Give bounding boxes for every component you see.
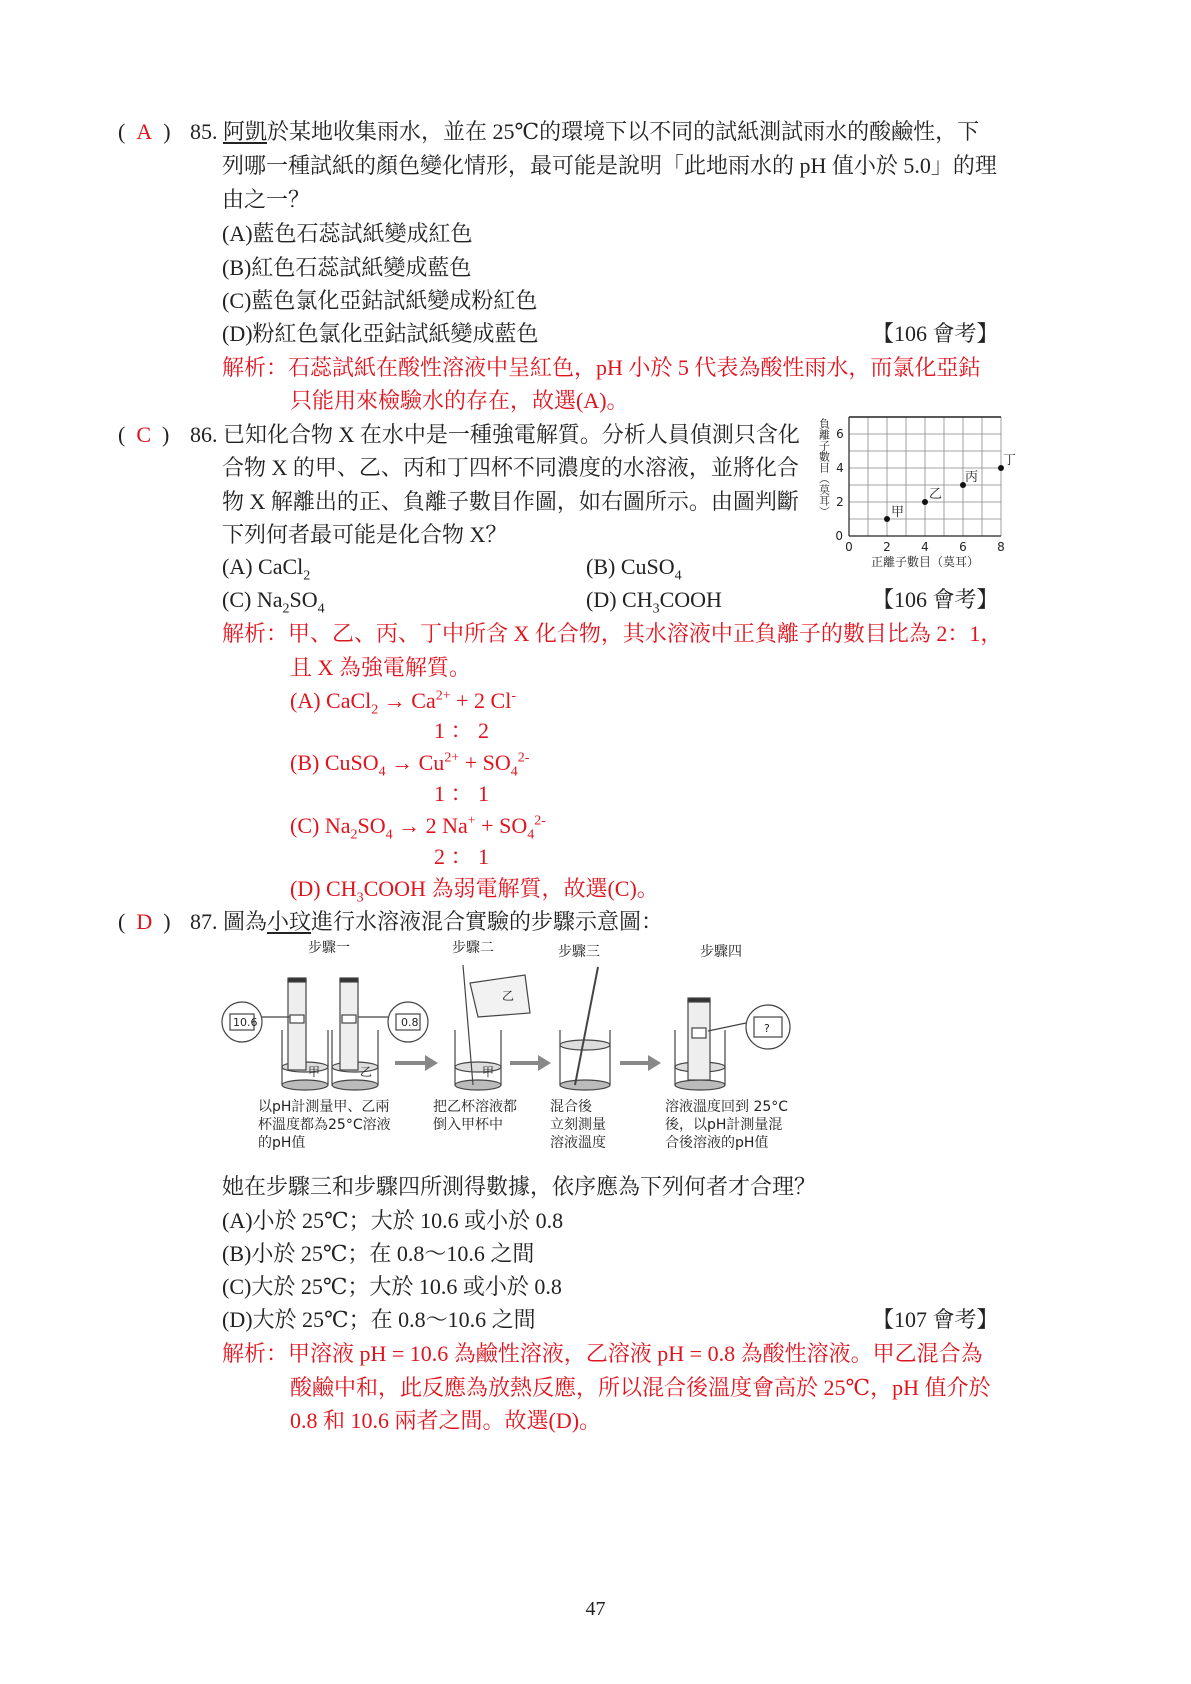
eq-a-1: (A) CaCl bbox=[290, 688, 371, 713]
reading-mixed: ? bbox=[764, 1022, 770, 1035]
q87-stem-post: 進行水溶液混合實驗的步驟示意圖： bbox=[311, 909, 663, 934]
q86-equation-b: (B) CuSO4 → Cu2+ + SO42- bbox=[290, 746, 529, 780]
q86-option-b: (B) CuSO4 bbox=[586, 550, 682, 584]
q86-analysis-line2: 且 X 為強電解質。 bbox=[290, 651, 471, 685]
svg-text:甲: 甲 bbox=[482, 1065, 494, 1079]
svg-text:8: 8 bbox=[997, 540, 1005, 554]
q86-analysis-line1: 解析：甲、乙、丙、丁中所含 X 化合物，其水溶液中正負離子的數目比為 2：1， bbox=[222, 617, 1002, 651]
svg-text:乙: 乙 bbox=[360, 1065, 372, 1079]
eq-c-sub1b: 4 bbox=[386, 827, 393, 842]
svg-text:2: 2 bbox=[836, 495, 844, 509]
eq-b-sub: 4 bbox=[379, 764, 386, 779]
svg-text:6: 6 bbox=[836, 427, 844, 441]
reading-jia: 10.6 bbox=[233, 1016, 258, 1029]
eq-b-1: (B) CuSO bbox=[290, 750, 379, 775]
q86-option-b-sub: 4 bbox=[675, 568, 682, 583]
q85-option-d: (D)粉紅色氯化亞鈷試紙變成藍色 bbox=[222, 317, 539, 351]
svg-text:6: 6 bbox=[959, 540, 967, 554]
q85-option-b: (B)紅色石蕊試紙變成藍色 bbox=[222, 251, 471, 285]
q85-source: 【106 會考】 bbox=[872, 317, 999, 351]
q85-stem-line2: 列哪一種試紙的顏色變化情形，最可能是說明「此地雨水的 pH 值小於 5.0」的理 bbox=[222, 149, 997, 183]
q86-scatter-chart: 0 2 4 6 0 2 4 6 8 正離子數目（莫耳） 負離子數目（莫耳） 甲 … bbox=[815, 412, 1015, 577]
step3-caption-l3: 溶液溫度 bbox=[550, 1134, 606, 1152]
svg-text:乙: 乙 bbox=[929, 487, 942, 502]
page-number: 47 bbox=[0, 1598, 1191, 1621]
q87-answer: D bbox=[136, 909, 152, 934]
eq-c-sup2: 2- bbox=[534, 814, 546, 829]
q85-analysis-line1: 解析：石蕊試紙在酸性溶液中呈紅色，pH 小於 5 代表為酸性雨水，而氯化亞鈷 bbox=[222, 351, 980, 385]
q87-answer-slot: ( D ) bbox=[118, 905, 171, 939]
q86-ratio-b: 1 ： 1 bbox=[434, 777, 489, 811]
q85-number: 85. bbox=[190, 119, 218, 144]
eq-c-1: (C) Na bbox=[290, 813, 350, 838]
step4-caption-l1: 溶液溫度回到 25°C bbox=[665, 1098, 788, 1116]
eq-d-sub: 3 bbox=[357, 890, 364, 905]
q87-source: 【107 會考】 bbox=[872, 1303, 999, 1337]
q87-option-c: (C)大於 25℃；大於 10.6 或小於 0.8 bbox=[222, 1270, 562, 1304]
q86-stem-line2: 合物 X 的甲、乙、丙和丁四杯不同濃度的水溶液，並將化合 bbox=[222, 451, 799, 485]
step2-caption-l2: 倒入甲杯中 bbox=[433, 1116, 517, 1134]
q86-ratio-a: 1 ： 2 bbox=[434, 714, 489, 748]
q86-equation-c: (C) Na2SO4 → 2 Na+ + SO42- bbox=[290, 809, 546, 843]
eq-d-1: (D) CH bbox=[290, 876, 357, 901]
q86-option-a: (A) CaCl2 bbox=[222, 550, 310, 584]
eq-c-sub2: 4 bbox=[527, 827, 534, 842]
step1-caption-l2: 杯溫度都為25°C溶液 bbox=[258, 1116, 391, 1134]
step1-caption-l3: 的pH值 bbox=[258, 1134, 391, 1152]
eq-a-sup2: - bbox=[511, 689, 516, 704]
q87-question: 她在步驟三和步驟四所測得數據，依序應為下列何者才合理？ bbox=[222, 1170, 816, 1204]
q87-analysis-line2: 酸鹼中和，此反應為放熱反應，所以混合後溫度會高於 25℃，pH 值介於 bbox=[290, 1371, 991, 1405]
q86-option-c-text2: SO bbox=[289, 587, 317, 612]
q87-number: 87. bbox=[190, 909, 218, 934]
svg-text:0: 0 bbox=[835, 529, 843, 543]
q86-ratio-c: 2 ： 1 bbox=[434, 840, 489, 874]
q86-option-c-sub2: 4 bbox=[318, 601, 325, 616]
q85-option-a: (A)藍色石蕊試紙變成紅色 bbox=[222, 217, 473, 251]
svg-text:甲: 甲 bbox=[308, 1065, 320, 1079]
q86-option-c: (C) Na2SO4 bbox=[222, 583, 325, 617]
q85-option-c: (C)藍色氯化亞鈷試紙變成粉紅色 bbox=[222, 284, 537, 318]
q85-person: 阿凱 bbox=[223, 119, 267, 144]
q87-option-a: (A)小於 25℃；大於 10.6 或小於 0.8 bbox=[222, 1204, 563, 1238]
q86-equation-d: (D) CH3COOH 為弱電解質，故選(C)。 bbox=[290, 872, 659, 906]
step3-caption: 混合後 立刻測量 溶液溫度 bbox=[550, 1098, 606, 1152]
experiment-illustration: 10.6 0.8 甲 乙 乙 甲 bbox=[220, 955, 820, 1115]
svg-text:正離子數目（莫耳）: 正離子數目（莫耳） bbox=[871, 554, 979, 569]
svg-text:4: 4 bbox=[921, 540, 929, 554]
q86-answer: C bbox=[136, 422, 151, 447]
eq-c-mid: SO bbox=[357, 813, 385, 838]
q86-equation-a: (A) CaCl2 → Ca2+ + 2 Cl- bbox=[290, 684, 516, 718]
q85-stem-line3: 由之一？ bbox=[222, 183, 310, 217]
step2-caption-l1: 把乙杯溶液都 bbox=[433, 1098, 517, 1116]
chart-grid bbox=[849, 417, 1001, 536]
q87-analysis-line1: 解析：甲溶液 pH = 10.6 為鹼性溶液，乙溶液 pH = 0.8 為酸性溶… bbox=[222, 1337, 983, 1371]
svg-text:丙: 丙 bbox=[965, 470, 978, 485]
q87-stem-pre: 圖為 bbox=[223, 909, 267, 934]
step1-caption-l1: 以pH計測量甲、乙兩 bbox=[258, 1098, 391, 1116]
q86-option-c-text1: (C) Na bbox=[222, 587, 282, 612]
q87-option-d: (D)大於 25℃；在 0.8～10.6 之間 bbox=[222, 1303, 536, 1337]
q87-person: 小玟 bbox=[267, 909, 311, 934]
eq-b-sup2: 2- bbox=[518, 751, 530, 766]
q87-stem: 87. 圖為小玟進行水溶液混合實驗的步驟示意圖： bbox=[190, 905, 663, 939]
step2-caption: 把乙杯溶液都 倒入甲杯中 bbox=[433, 1098, 517, 1134]
eq-a-3: + 2 Cl bbox=[451, 688, 512, 713]
svg-text:4: 4 bbox=[836, 461, 844, 475]
q85-answer-slot: ( A ) bbox=[118, 115, 171, 149]
svg-text:0: 0 bbox=[845, 540, 853, 554]
step4-caption-l2: 後，以pH計測量混 bbox=[665, 1116, 788, 1134]
q85-analysis-line2: 只能用來檢驗水的存在，故選(A)。 bbox=[290, 384, 629, 418]
q86-stem-text: 已知化合物 X 在水中是一種強電解質。分析人員偵測只含化 bbox=[223, 422, 800, 447]
reading-yi: 0.8 bbox=[401, 1016, 419, 1029]
q86-option-d-sub1: 3 bbox=[653, 601, 660, 616]
eq-b-sub2: 4 bbox=[511, 764, 518, 779]
svg-text:2: 2 bbox=[883, 540, 891, 554]
q86-stem-line3: 物 X 解離出的正、負離子數目作圖，如右圖所示。由圖判斷 bbox=[222, 485, 799, 519]
eq-a-sup1: 2+ bbox=[436, 689, 451, 704]
q86-option-d-text1: (D) CH bbox=[586, 587, 653, 612]
step3-caption-l2: 立刻測量 bbox=[550, 1116, 606, 1134]
eq-a-2: → Ca bbox=[378, 688, 435, 713]
q87-experiment-figure: 步驟一 步驟二 步驟三 步驟四 10 bbox=[220, 935, 820, 1160]
svg-text:負離子數目（莫耳）: 負離子數目（莫耳） bbox=[818, 417, 831, 517]
svg-text:甲: 甲 bbox=[891, 505, 904, 520]
q85-answer: A bbox=[136, 119, 152, 144]
q86-option-a-text: (A) CaCl bbox=[222, 554, 303, 579]
eq-b-2: → Cu bbox=[386, 750, 445, 775]
q87-analysis-line3: 0.8 和 10.6 兩者之間。故選(D)。 bbox=[290, 1404, 601, 1438]
q86-number: 86. bbox=[190, 422, 218, 447]
svg-text:乙: 乙 bbox=[502, 989, 514, 1003]
q86-option-d: (D) CH3COOH bbox=[586, 583, 722, 617]
step4-caption: 溶液溫度回到 25°C 後，以pH計測量混 合後溶液的pH值 bbox=[665, 1098, 788, 1152]
step4-caption-l3: 合後溶液的pH值 bbox=[665, 1134, 788, 1152]
eq-b-sup1: 2+ bbox=[444, 751, 459, 766]
eq-c-sup1: + bbox=[468, 814, 476, 829]
q85-stem-text: 於某地收集雨水，並在 25℃的環境下以不同的試紙測試雨水的酸鹼性，下 bbox=[267, 119, 979, 144]
q86-option-d-text2: COOH bbox=[660, 587, 722, 612]
svg-text:丁: 丁 bbox=[1003, 453, 1015, 468]
eq-b-3: + SO bbox=[459, 750, 511, 775]
eq-c-3: + SO bbox=[476, 813, 528, 838]
q86-option-b-text: (B) CuSO bbox=[586, 554, 675, 579]
q86-stem-line4: 下列何者最可能是化合物 X？ bbox=[222, 518, 507, 552]
step3-caption-l1: 混合後 bbox=[550, 1098, 606, 1116]
q86-answer-slot: ( C ) bbox=[118, 418, 169, 452]
q86-source: 【106 會考】 bbox=[872, 583, 999, 617]
q86-option-a-sub: 2 bbox=[303, 568, 310, 583]
q86-stem-line1: 86. 已知化合物 X 在水中是一種強電解質。分析人員偵測只含化 bbox=[190, 418, 800, 452]
eq-d-2: COOH 為弱電解質，故選(C)。 bbox=[364, 876, 659, 901]
q87-option-b: (B)小於 25℃；在 0.8～10.6 之間 bbox=[222, 1237, 534, 1271]
step1-caption: 以pH計測量甲、乙兩 杯溫度都為25°C溶液 的pH值 bbox=[258, 1098, 391, 1152]
q85-stem-line1: 85. 阿凱於某地收集雨水，並在 25℃的環境下以不同的試紙測試雨水的酸鹼性，下 bbox=[190, 115, 979, 149]
eq-c-2: → 2 Na bbox=[393, 813, 468, 838]
